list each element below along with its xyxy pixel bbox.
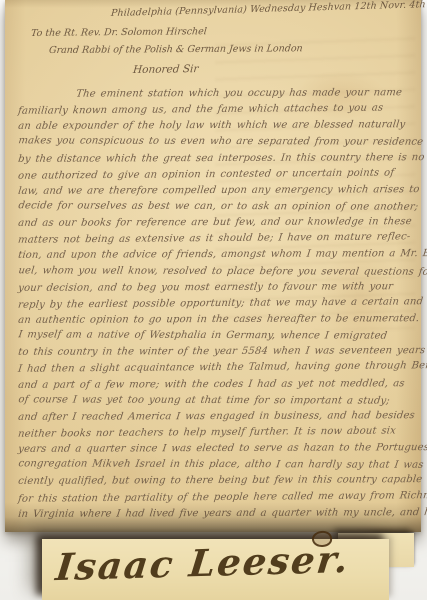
letter-line: in Virginia where I had lived five years… (17, 507, 421, 525)
recipient-title-line: Grand Rabbi of the Polish & German Jews … (48, 43, 303, 56)
clipped-signature-strip: Isaac Leeser. (42, 539, 389, 600)
letter-line: and a part of a few more; with the codes… (17, 378, 421, 396)
recipient-name-line: To the Rt. Rev. Dr. Solomon Hirschel (30, 26, 207, 39)
letter-line: decide for ourselves as best we can, or … (17, 200, 421, 218)
letter-line: of course I was yet too young at that ti… (17, 394, 421, 412)
salutation: Honored Sir (132, 63, 199, 76)
letter-line: I had then a slight acquaintance with th… (17, 361, 421, 381)
letter-line: an authentic opinion to go upon in the c… (17, 313, 421, 331)
letter-line: tion, and upon the advice of friends, am… (17, 249, 421, 267)
letter-line: years and a quarter since I was elected … (17, 442, 421, 460)
letter-line: law, and we are therefore compelled upon… (17, 184, 421, 202)
letter-body: The eminent station which you occupy has… (18, 88, 420, 524)
letter-line: for this station the partiality of the p… (17, 490, 421, 510)
scanned-letter-background: Philadelphia (Pennsylvania) Wednesday He… (0, 0, 427, 600)
letter-line: makes you conspicuous to us even who are… (17, 136, 421, 154)
signature-text: Isaac Leeser. (54, 537, 353, 589)
letter-line: I myself am a native of Westphalia in Ge… (17, 329, 421, 347)
letter-page: Philadelphia (Pennsylvania) Wednesday He… (5, 0, 421, 532)
letter-line: uel, whom you well know, resolved to pla… (17, 265, 421, 283)
letter-line: ciently qualified, but owing to there be… (17, 474, 421, 492)
dateline: Philadelphia (Pennsylvania) Wednesday He… (111, 0, 427, 19)
